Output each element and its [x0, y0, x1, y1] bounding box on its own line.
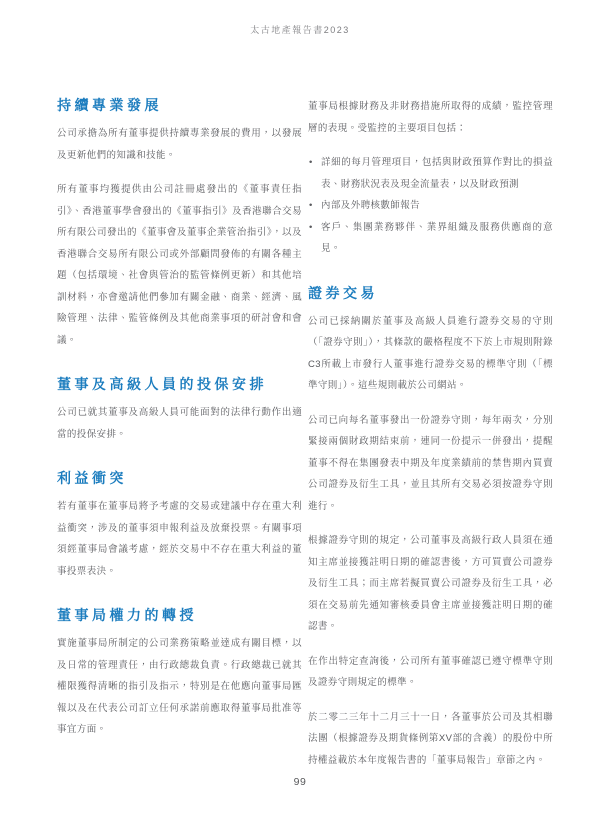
section-heading-securities-transactions: 證券交易 [308, 284, 553, 302]
right-column: 董事局根據財務及非財務措施所取得的成績，監控管理層的表現。受監控的主要項目包括：… [308, 96, 553, 784]
paragraph: 在作出特定查詢後，公司所有董事確認已遵守標準守則及證券守則規定的標準。 [308, 651, 553, 694]
report-page: 太古地產報告書2023 持續專業發展 公司承擔為所有董事提供持續專業發展的費用，… [0, 0, 600, 814]
page-number: 99 [0, 776, 600, 788]
paragraph: 若有董事在董事局將予考慮的交易或建議中存在重大利益衝突，涉及的董事須申報利益及放… [57, 496, 302, 582]
content-columns: 持續專業發展 公司承擔為所有董事提供持續專業發展的費用，以發展及更新他們的知識和… [57, 96, 553, 784]
paragraph: 於二零二三年十二月三十一日，各董事於公司及其相聯法團（根據證券及期貨條例第XV部… [308, 707, 553, 772]
paragraph: 公司已就其董事及高級人員可能面對的法律行動作出適當的投保安排。 [57, 402, 302, 445]
bullet-item: 內部及外聘核數師報告 [308, 195, 553, 217]
bullet-item: 客戶、集團業務夥伴、業界組織及服務供應商的意見。 [308, 217, 553, 260]
paragraph: 董事局根據財務及非財務措施所取得的成績，監控管理層的表現。受監控的主要項目包括： [308, 96, 553, 139]
page-header-title: 太古地產報告書2023 [0, 23, 600, 36]
paragraph: 公司已採納關於董事及高級人員進行證券交易的守則（「證券守則」），其條款的嚴格程度… [308, 311, 553, 397]
paragraph: 根據證券守則的規定，公司董事及高級行政人員須在通知主席並接獲註明日期的確認書後，… [308, 530, 553, 638]
paragraph: 實施董事局所制定的公司業務策略並達成有關目標，以及日常的管理責任，由行政總裁負責… [57, 633, 302, 741]
section-heading-conflicts-of-interest: 利益衝突 [57, 469, 302, 487]
section-heading-continuous-professional-development: 持續專業發展 [57, 96, 302, 114]
paragraph: 所有董事均獲提供由公司註冊處發出的《董事責任指引》、香港董事學會發出的《董事指引… [57, 179, 302, 351]
paragraph: 公司承擔為所有董事提供持續專業發展的費用，以發展及更新他們的知識和技能。 [57, 123, 302, 166]
bullet-item: 詳細的每月管理項目，包括與財政預算作對比的損益表、財務狀況表及現金流量表，以及財… [308, 152, 553, 195]
left-column: 持續專業發展 公司承擔為所有董事提供持續專業發展的費用，以發展及更新他們的知識和… [57, 96, 302, 784]
section-heading-insurance-arrangements: 董事及高級人員的投保安排 [57, 375, 302, 393]
bullet-list: 詳細的每月管理項目，包括與財政預算作對比的損益表、財務狀況表及現金流量表，以及財… [308, 152, 553, 260]
paragraph: 公司已向每名董事發出一份證券守則，每年兩次，分別緊接兩個財政期結束前，連同一份提… [308, 410, 553, 518]
section-heading-delegation-of-board-powers: 董事局權力的轉授 [57, 606, 302, 624]
